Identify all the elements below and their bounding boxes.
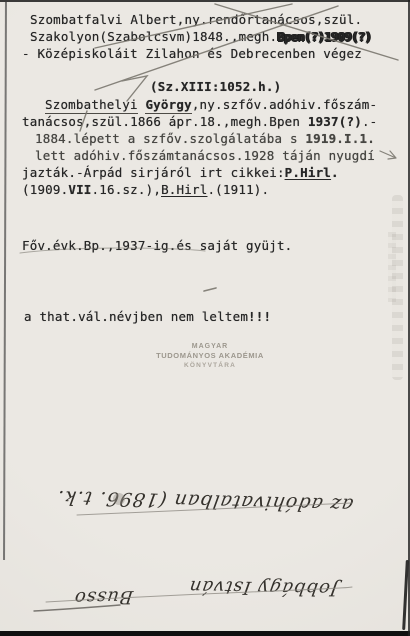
show-through-smudge-2	[388, 232, 396, 302]
main-entry-line6-p2: .16.sz.),	[92, 182, 162, 197]
main-entry-line6-vol: VII	[68, 182, 91, 197]
main-entry-line2: tanácsos,szül.1866 ápr.18.,megh.Bpen 193…	[22, 114, 377, 129]
note-line: a that.vál.névjben nem leltem!!!	[24, 309, 271, 324]
note-line-emphasis: !!!	[248, 309, 271, 324]
source-b-hirl: B.Hirl	[161, 182, 207, 197]
reference-suffix: :1052.h.)	[212, 79, 282, 94]
main-entry-line6-p3: .(1911).	[207, 182, 269, 197]
handwritten-annotation-2-name: Jobbágy István	[178, 576, 338, 600]
main-entry-line2-p2: .-	[362, 114, 377, 129]
main-entry-death-year: 1937(?)	[308, 114, 362, 129]
crossed-entry-line3-text: - Középiskoláit Zilahon és Debrecenben v…	[22, 46, 362, 61]
stamp-line1: MAGYAR	[150, 342, 270, 351]
main-entry-line5-p1: jazták.-Árpád sirjáról irt cikkei:	[22, 165, 285, 180]
main-entry-line4-text: lett adóhiv.főszámtanácsos.1928 táján ny…	[35, 148, 375, 163]
source-p-hirl: P.Hirl	[285, 165, 331, 180]
overstruck-death-date: Bpen(?)1909(?)	[277, 29, 371, 44]
crossed-entry-line1-text: Szombatfalvi Albert,ny.rendőrtanácsos,sz…	[30, 12, 362, 27]
main-entry-line5-p2: .	[331, 165, 339, 180]
crossed-entry-line1: Szombatfalvi Albert,ny.rendőrtanácsos,sz…	[30, 12, 362, 27]
reference-volume: XIII	[181, 79, 212, 94]
sources-line: Főv.évk.Bp.,1937-ig.és saját gyüjt.	[22, 238, 292, 253]
main-entry-line6: (1909.VII.16.sz.),B.Hirl.(1911).	[22, 182, 269, 197]
handwritten-annotation-2-word: Busso	[38, 586, 133, 609]
main-entry-surname: Szombathelyi	[45, 97, 138, 114]
handwritten-annotation-2-name-text: Jobbágy István	[187, 576, 340, 600]
main-entry-line1-rest: ,ny.szfőv.adóhiv.főszám-	[192, 97, 377, 112]
main-entry-line3-date: 1919.I.1.	[305, 131, 375, 146]
library-stamp: MAGYAR TUDOMÁNYOS AKADÉMIA KÖNYVTÁRA	[150, 342, 270, 370]
main-entry-line3-p1: 1884.lépett a szfőv.szolgálatába s	[35, 131, 305, 146]
crossed-entry-line2-prefix: Szakolyon(Szabolcsvm)1848.,megh.	[30, 29, 277, 44]
stamp-line3: KÖNYVTÁRA	[150, 361, 270, 370]
main-entry-firstname: György	[145, 97, 191, 114]
crossed-entry-line3: - Középiskoláit Zilahon és Debrecenben v…	[22, 46, 362, 61]
main-entry-line6-p1: (1909.	[22, 182, 68, 197]
scan-edge-top	[0, 0, 410, 2]
crossed-entry-line2: Szakolyon(Szabolcsvm)1848.,megh.Bpen(?)1…	[30, 29, 371, 44]
reference-line: (Sz.XIII:1052.h.)	[150, 79, 281, 94]
main-entry-line5: jazták.-Árpád sirjáról irt cikkei:P.Hirl…	[22, 165, 339, 180]
reference-prefix: (Sz.	[150, 79, 181, 94]
main-entry-line4: lett adóhiv.főszámtanácsos.1928 táján ny…	[35, 148, 375, 163]
main-entry-line1: Szombathelyi György,ny.szfőv.adóhiv.fősz…	[45, 97, 377, 112]
stamp-line2: TUDOMÁNYOS AKADÉMIA	[150, 351, 270, 361]
note-line-text: a that.vál.névjben nem leltem	[24, 309, 248, 324]
handwritten-annotation-2-word-text: Busso	[73, 586, 135, 608]
scan-edge-bottom	[0, 631, 410, 636]
main-entry-line3: 1884.lépett a szfőv.szolgálatába s 1919.…	[35, 131, 375, 146]
sources-line-text: Főv.évk.Bp.,1937-ig.és saját gyüjt.	[22, 238, 292, 253]
main-entry-line2-p1: tanácsos,szül.1866 ápr.18.,megh.Bpen	[22, 114, 308, 129]
